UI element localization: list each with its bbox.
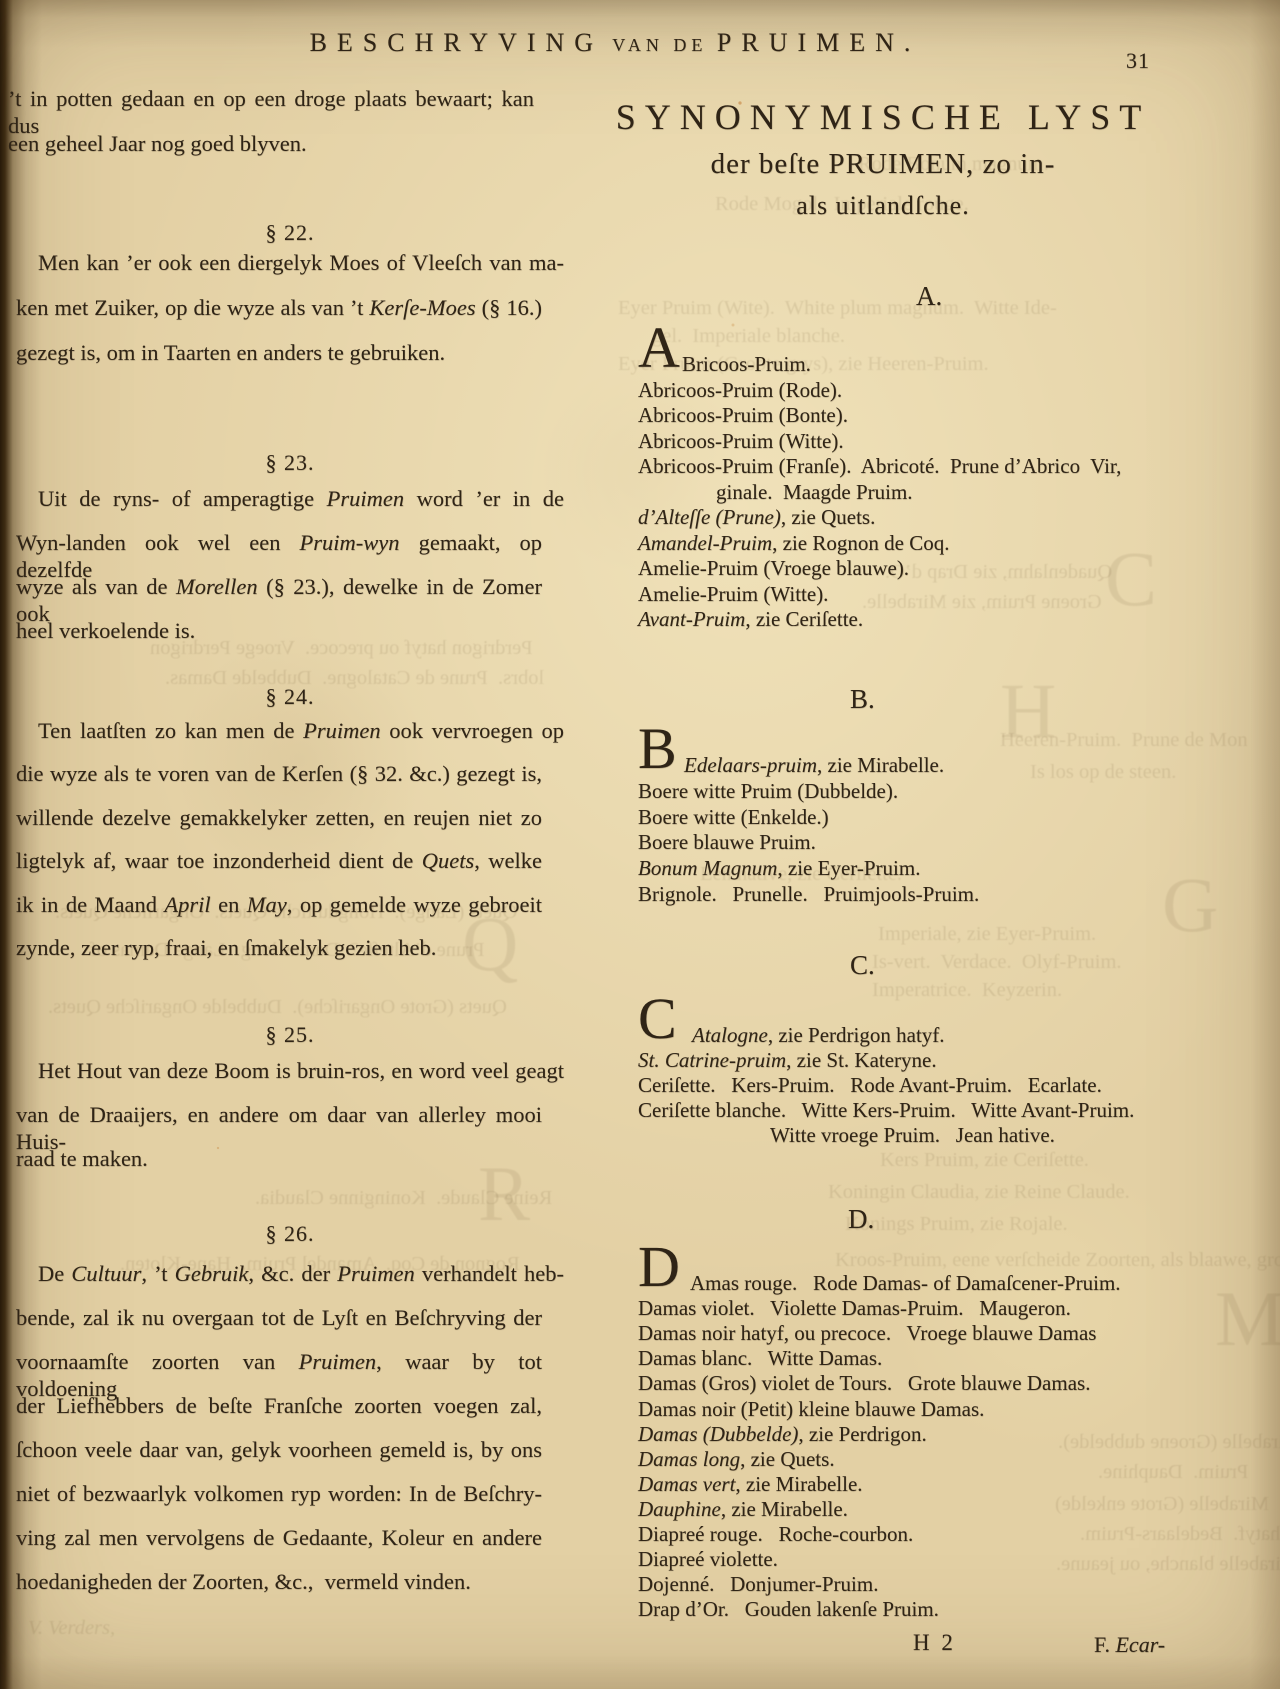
bleedthrough-text: Imperatrice. Keyzerin.	[872, 978, 1062, 1002]
bleedthrough-text: Is-vert. Verdace. Olyf-Pruim.	[872, 950, 1122, 974]
entry-line: Damas (Gros) violet de Tours. Grote blau…	[638, 1371, 1090, 1396]
drop-cap: B	[638, 720, 677, 778]
synonym-title-line: SYNONYMISCHE LYST	[600, 96, 1166, 138]
entry-line: Damas blanc. Witte Damas.	[638, 1346, 882, 1371]
entry-line: Amelie-Pruim (Witte).	[638, 582, 828, 607]
entry-line: Boere witte (Enkelde.)	[638, 805, 829, 830]
book-page: BESCHRYVING VAN DE PRUIMEN. 31 H 2 F. Ec…	[0, 0, 1280, 1689]
entry-line: Witte vroege Pruim. Jean hative.	[770, 1123, 1055, 1148]
bleedthrough-text: Eyer Pruim (Wite). White plum magnum. Wi…	[618, 296, 1057, 320]
bleedthrough-text: Rognon de Coq. Amandel Pruim. Hane-Klote…	[120, 1252, 520, 1276]
bleedthrough-text: Is los op de steen.	[1030, 760, 1176, 784]
bleedthrough-text: lobrs. Prune de Catalogne. Dubbelde Dama…	[165, 666, 544, 690]
bleedthrough-text: Perdrigon hatyf ou precoce. Vroege Perdr…	[150, 636, 533, 660]
bleedthrough-text: Rode Bonum magnum.	[858, 152, 1049, 176]
bleedthrough-capital: M	[1215, 1280, 1280, 1358]
running-title-word: VAN	[612, 35, 664, 55]
entry-line: Diapreé violette.	[638, 1547, 778, 1572]
bleedthrough-text: Mirabelle blanche, ou jeaune.	[1056, 1552, 1280, 1576]
entry-line: Ceriſette. Kers-Pruim. Rode Avant-Pruim.…	[638, 1073, 1102, 1098]
bleedthrough-text: Imperiale, zie Eyer-Pruim.	[878, 922, 1096, 946]
running-title-word: DE	[673, 35, 707, 55]
entry-line: Damas long, zie Quets.	[638, 1447, 835, 1472]
bleedthrough-text: Kroos-Pruim, eene verſcheide Zoorten, al…	[835, 1248, 1280, 1272]
bleedthrough-text: Groene Pruim, zie Mirabelle.	[862, 590, 1102, 614]
paragraph-line: hoedanigheden der Zoorten, &c., vermeld …	[16, 1569, 471, 1596]
entry-line: Boere witte Pruim (Dubbelde).	[638, 779, 898, 804]
paragraph-line: ligtelyk af, waar toe inzonderheid dient…	[16, 848, 542, 875]
bleedthrough-text: V. Verders,	[28, 1616, 115, 1640]
paragraph-line: Ten laatſten zo kan men de Pruimen ook v…	[38, 718, 564, 745]
entry-line: Abricoos-Pruim (Bonte).	[638, 403, 848, 428]
running-title-word: PRUIMEN.	[717, 28, 921, 57]
bleedthrough-capital: Q	[462, 905, 518, 983]
bleedthrough-text: Pruim. Dauphine.	[1098, 1460, 1248, 1484]
entry-line: Boere blauwe Pruim.	[638, 830, 816, 855]
bleedthrough-text: Rode Mogol. Imperiale rouge.	[715, 192, 969, 216]
entry-line: ginale. Maagde Pruim.	[716, 480, 913, 505]
entry-line: Abricoos-Pruim (Rode).	[638, 378, 842, 403]
catchword-word: Ecar-	[1115, 1632, 1165, 1657]
entry-line: Amelie-Pruim (Vroege blauwe).	[638, 556, 909, 581]
drop-cap: C	[638, 990, 677, 1048]
entry-line: Abricoos-Pruim (Franſe). Abricoté. Prune…	[638, 454, 1121, 479]
entry-line: Amandel-Pruim, zie Rognon de Coq.	[638, 531, 949, 556]
bleedthrough-text: Koningin Claudia, zie Reine Claude.	[828, 1180, 1130, 1204]
entry-line: Diapreé rouge. Roche-courbon.	[638, 1522, 913, 1547]
entry-line: Abricoos-Pruim (Witte).	[638, 429, 844, 454]
bleedthrough-text: Quadenlahm, zie Drap d’O.	[885, 560, 1112, 584]
paragraph-line: Uit de ryns- of amperagtige Pruimen word…	[38, 486, 564, 513]
page-number: 31	[1126, 48, 1150, 74]
drop-cap: D	[638, 1238, 680, 1296]
entry-line: Damas vert, zie Mirabelle.	[638, 1472, 863, 1497]
bleedthrough-text: Quets (Grote Ongariſche). Dubbelde Ongar…	[48, 995, 507, 1019]
paragraph-line: ving zal men vervolgens de Gedaante, Kol…	[16, 1525, 542, 1552]
entry-line: Dojenné. Donjumer-Pruim.	[638, 1572, 878, 1597]
bleedthrough-text: Quets (Lange). Hongduitſche Quets. Ongar…	[55, 900, 517, 924]
paragraph-line: der Liefhebbers de beſte Franſche zoorte…	[16, 1393, 542, 1420]
bleedthrough-text: gel. Imperiale blanche.	[652, 324, 845, 348]
section-heading: § 23.	[16, 450, 564, 476]
bleedthrough-text: Konings Pruim, zie Rojale.	[845, 1212, 1068, 1236]
paragraph-line: ſchoon veele daar van, gelyk voorheen ge…	[16, 1437, 542, 1464]
entry-line: Damas (Dubbelde), zie Perdrigon.	[638, 1422, 927, 1447]
entry-line: Atalogne, zie Perdrigon hatyf.	[692, 1023, 945, 1048]
paragraph-line: die wyze als te voren van de Kerſen (§ 3…	[16, 761, 542, 788]
catchword: F. Ecar-	[1094, 1632, 1165, 1658]
bleedthrough-text: Een hative, zie Ceriſette.	[700, 862, 902, 886]
entry-line: Amas rouge. Rode Damas- of Damaſcener-Pr…	[690, 1271, 1121, 1296]
paragraph-line: Men kan ’er ook een diergelyk Moes of Vl…	[38, 250, 564, 277]
signature-mark: H 2	[913, 1630, 956, 1656]
paragraph-line: willende dezelve gemakkelyker zetten, en…	[16, 805, 542, 832]
entry-line: Drap d’Or. Gouden lakenſe Pruim.	[638, 1597, 939, 1622]
entry-line: d’Alteſſe (Prune), zie Quets.	[638, 505, 875, 530]
bleedthrough-text: hatyf. Bedelaars-Pruim.	[1080, 1522, 1280, 1546]
bleedthrough-capital: G	[1162, 866, 1218, 944]
entry-line: Damas noir hatyf, ou precoce. Vroege bla…	[638, 1321, 1096, 1346]
letter-heading: B.	[850, 684, 875, 716]
bleedthrough-capital: R	[478, 1155, 530, 1233]
paragraph-line: raad te maken.	[16, 1146, 148, 1173]
running-title: BESCHRYVING VAN DE PRUIMEN.	[0, 28, 1230, 58]
paragraph-line: Het Hout van deze Boom is bruin-ros, en …	[38, 1058, 564, 1085]
running-title-word: BESCHRYVING	[310, 28, 603, 57]
bleedthrough-text: Prune d’Alteſſe? Damas long. Lange Damas…	[90, 938, 485, 962]
paragraph-line: bende, zal ik nu overgaan tot de Lyſt en…	[16, 1305, 542, 1332]
entry-line: St. Catrine-pruim, zie St. Kateryne.	[638, 1048, 937, 1073]
paragraph-line: niet of bezwaarlyk volkomen ryp worden: …	[16, 1481, 542, 1508]
bleedthrough-capital: C	[1105, 540, 1157, 618]
catchword-prefix: F.	[1094, 1632, 1110, 1657]
entry-line: Dauphine, zie Mirabelle.	[638, 1497, 848, 1522]
entry-line: Edelaars-pruim, zie Mirabelle.	[684, 753, 944, 778]
bleedthrough-text: Kers Pruim, zie Ceriſette.	[880, 1148, 1089, 1172]
bleedthrough-text: Mirabelle (Grote enkelde)	[1055, 1492, 1269, 1516]
intro-line: een geheel Jaar nog goed blyven.	[8, 131, 307, 158]
paragraph-line: gezegt is, om in Taarten en anders te ge…	[16, 340, 445, 367]
entry-line: Ceriſette blanche. Witte Kers-Pruim. Wit…	[638, 1098, 1134, 1123]
entry-line: Avant-Pruim, zie Ceriſette.	[638, 607, 863, 632]
bleedthrough-text: Eyer Pruim (Groote grys), zie Heeren-Pru…	[618, 352, 989, 376]
bleedthrough-text: Mirabelle (Groene dubbelde).	[1058, 1430, 1280, 1454]
section-heading: § 22.	[16, 220, 564, 246]
section-heading: § 25.	[16, 1022, 564, 1048]
bleedthrough-capital: H	[1000, 672, 1056, 750]
paragraph-line: ken met Zuiker, op die wyze als van ’t K…	[16, 295, 542, 322]
entry-line: Damas violet. Violette Damas-Pruim. Maug…	[638, 1296, 1071, 1321]
entry-line: Damas noir (Petit) kleine blauwe Damas.	[638, 1397, 984, 1422]
